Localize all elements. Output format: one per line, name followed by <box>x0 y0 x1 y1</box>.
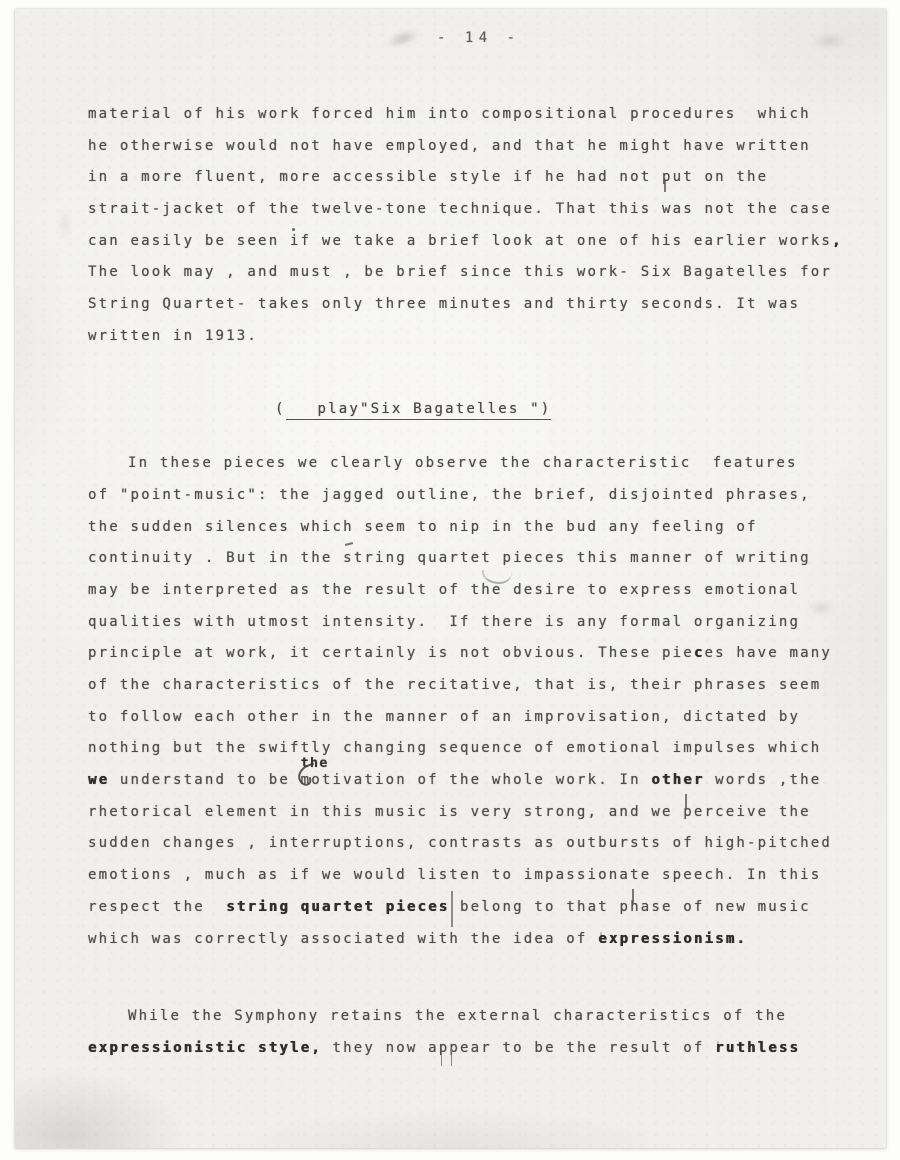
typed-text-segment: the sudden silences which seem to nip in… <box>88 519 758 535</box>
typed-text-segment: belong to that <box>460 899 619 915</box>
heading-open-paren: ( <box>275 401 286 417</box>
typed-line: in a more fluent, more accessible style … <box>88 162 848 194</box>
typed-line: the sudden silences which seem to nip in… <box>88 512 848 544</box>
typed-text-segment: material of his work forced him into com… <box>88 106 811 122</box>
typed-line: strait-jacket of the twelve-tone techniq… <box>88 194 848 226</box>
typed-text-body: material of his work forced him into com… <box>88 99 848 1065</box>
typed-text-segment: written in 1913. <box>88 328 258 344</box>
typed-line: sudden changes , interruptions, contrast… <box>88 828 848 860</box>
typed-text-segment: rhetorical element in this music is very… <box>88 804 683 820</box>
typed-text-segment: of new music <box>673 899 811 915</box>
typed-text-segment: In these pieces we clearly observe the c… <box>128 455 798 471</box>
paragraph: material of his work forced him into com… <box>88 99 848 353</box>
double-stem-down-mark <box>441 1040 455 1041</box>
stem-up-mark <box>632 889 634 904</box>
typed-text-segment: continuity . But in the <box>88 550 343 566</box>
typed-text-segment: put <box>662 169 694 185</box>
heading-underlined-text: play"Six Bagatelles ") <box>286 401 552 420</box>
paragraph: In these pieces we clearly observe the c… <box>88 448 848 955</box>
typed-text-segment: nothing but the swiftly changing sequenc… <box>88 740 821 756</box>
typed-text-segment: we take a brief look at one of his earli… <box>311 233 832 249</box>
typed-line: of the characteristics of the recitative… <box>88 670 848 702</box>
smudge-mark <box>58 208 72 240</box>
typed-text-segment: phase <box>619 899 672 915</box>
emphasized-text: we <box>88 772 109 788</box>
typed-text-segment: While the Symphony retains the external … <box>128 1008 787 1024</box>
typed-line: can easily be seen if we take a brief lo… <box>88 226 848 258</box>
typed-line: In these pieces we clearly observe the c… <box>88 448 848 480</box>
typed-text-segment: may be interpreted as the result of the … <box>88 582 800 598</box>
typed-text-segment: quartet pieces this manner of writing <box>407 550 811 566</box>
typed-line: respect the string quartet pieces belong… <box>88 892 848 924</box>
typed-text-segment: in a more fluent, more accessible style … <box>88 169 662 185</box>
typed-line: expressionistic style, they now appear t… <box>88 1033 848 1065</box>
typed-line: principle at work, it certainly is not o… <box>88 638 848 670</box>
typed-text-segment: they now <box>322 1040 428 1056</box>
typed-text-segment: on the <box>694 169 768 185</box>
typed-text-segment: can easily be seen <box>88 233 290 249</box>
paragraph: While the Symphony retains the external … <box>88 1001 848 1064</box>
emphasized-text: other <box>651 772 704 788</box>
vbar-tall-mark <box>451 891 453 927</box>
typed-line: material of his work forced him into com… <box>88 99 848 131</box>
typed-text-segment: to be the result of <box>492 1040 715 1056</box>
dot-above-mark <box>292 228 295 231</box>
typed-text-segment: if <box>290 233 311 249</box>
page-number: - 14 - <box>437 30 521 46</box>
typed-line: qualities with utmost intensity. If ther… <box>88 607 848 639</box>
typed-text-segment <box>449 899 460 915</box>
emphasized-text: ruthless <box>715 1040 800 1056</box>
typed-line: nothing but the swiftly changing sequenc… <box>88 733 848 765</box>
tick-above-mark <box>345 542 353 546</box>
typed-text-segment: perceive <box>683 804 768 820</box>
typed-line: which was correctly associated with the … <box>88 924 848 956</box>
typed-line: The look may , and must , be brief since… <box>88 257 848 289</box>
typed-text-segment: the <box>768 804 811 820</box>
typed-text-segment: string <box>343 550 407 566</box>
typed-text-segment: respect the <box>88 899 226 915</box>
typed-line: we understand to be motivationthe of the… <box>88 765 848 797</box>
stem-down-mark <box>664 180 666 192</box>
typed-text-segment: appear <box>428 1040 492 1056</box>
stem-up-mark <box>685 794 687 809</box>
typed-line: may be interpreted as the result of the … <box>88 575 848 607</box>
typed-line: emotions , much as if we would listen to… <box>88 860 848 892</box>
emphasized-text: c <box>694 645 705 661</box>
stage-direction-heading: ( play"Six Bagatelles ") <box>275 394 848 426</box>
typed-text-segment: which was correctly associated with the … <box>88 931 598 947</box>
typed-text-segment: he otherwise would not have employed, an… <box>88 138 811 154</box>
typed-text-segment: of the characteristics of the recitative… <box>88 677 821 693</box>
emphasized-text: string quartet pieces <box>226 899 449 915</box>
typed-line: of "point-music": the jagged outline, th… <box>88 480 848 512</box>
typed-text-segment: to follow each other in the manner of an… <box>88 709 800 725</box>
typed-text-segment: The look may , and must , be brief since… <box>88 264 832 280</box>
typed-text-segment: sudden changes , interruptions, contrast… <box>88 835 832 851</box>
typed-line: While the Symphony retains the external … <box>88 1001 848 1033</box>
typed-text-segment: es have many <box>704 645 832 661</box>
typed-text-segment: emotions , much as if we would listen to… <box>88 867 821 883</box>
typed-text-segment: String Quartet- takes only three minutes… <box>88 296 800 312</box>
typed-text-segment: qualities with utmost intensity. If ther… <box>88 614 800 630</box>
typed-text-segment: of "point-music": the jagged outline, th… <box>88 487 811 503</box>
typed-text-segment: strait-jacket of the twelve-tone techniq… <box>88 201 832 217</box>
typed-text-segment: words ,the <box>705 772 822 788</box>
typed-text-segment: principle at work, it certainly is not o… <box>88 645 694 661</box>
emphasized-text: , <box>832 233 843 249</box>
typed-text-segment: motivationthe <box>301 772 407 788</box>
typed-line: String Quartet- takes only three minutes… <box>88 289 848 321</box>
emphasized-text: expressionism. <box>598 931 747 947</box>
emphasized-text: expressionistic style, <box>88 1040 322 1056</box>
typed-line: rhetorical element in this music is very… <box>88 797 848 829</box>
typed-line: he otherwise would not have employed, an… <box>88 131 848 163</box>
typed-text-segment: understand to be <box>109 772 300 788</box>
typed-line: continuity . But in the string quartet p… <box>88 543 848 575</box>
typed-line: written in 1913. <box>88 321 848 353</box>
typed-text-segment: of the whole work. In <box>407 772 651 788</box>
typed-line: to follow each other in the manner of an… <box>88 702 848 734</box>
smudge-mark <box>810 32 850 50</box>
